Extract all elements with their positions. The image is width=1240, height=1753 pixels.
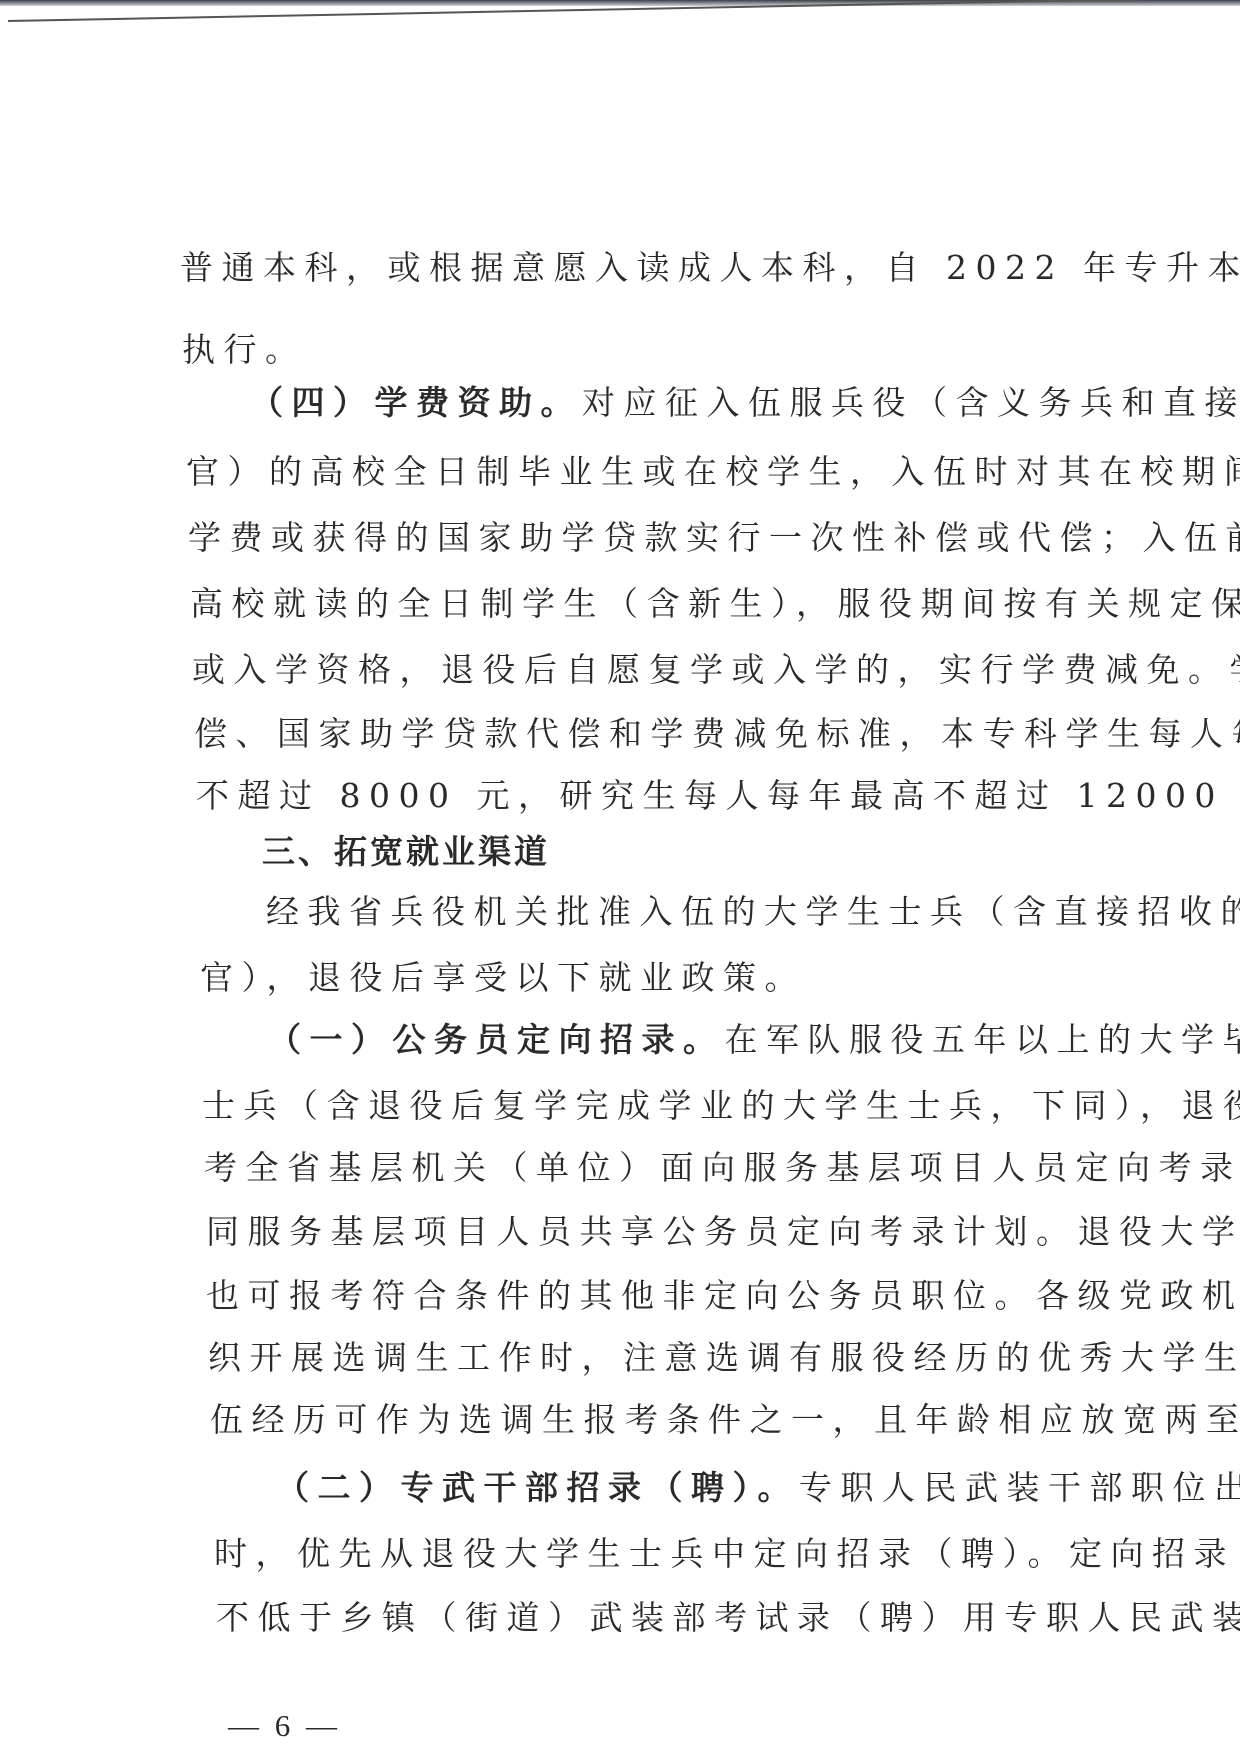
text-line-7: 或入学资格，退役后自愿复学或入学的，实行学费减免。学费补 <box>192 650 1240 690</box>
text-line-22: 不低于乡镇（街道）武装部考试录（聘）用专职人民武装干部计划 <box>216 1598 1240 1638</box>
subsection-title-tuition-aid: （四）学费资助。 <box>250 383 582 422</box>
text-line-17: 也可报考符合条件的其他非定向公务员职位。各级党政机关在组 <box>206 1276 1240 1316</box>
subsection-title-civil-servant: （一）公务员定向招录。 <box>268 1020 725 1059</box>
text-span: 对应征入伍服兵役（含义务兵和直接招收士 <box>582 383 1240 422</box>
text-line-4: 官）的高校全日制毕业生或在校学生，入伍时对其在校期间缴纳的 <box>186 452 1240 492</box>
text-line-14: 士兵（含退役后复学完成学业的大学生士兵，下同），退役后可报 <box>202 1086 1240 1126</box>
text-line-12: 官），退役后享受以下就业政策。 <box>200 958 806 998</box>
text-line-2: 执行。 <box>182 330 307 370</box>
text-line-16: 同服务基层项目人员共享公务员定向考录计划。退役大学生士兵 <box>206 1212 1240 1252</box>
text-line-21: 时，优先从退役大学生士兵中定向招录（聘）。定向招录（聘）比例 <box>214 1534 1240 1574</box>
paragraph-civil-servant: （一）公务员定向招录。在军队服役五年以上的大学毕业生 <box>268 1020 1240 1060</box>
page-number: — 6 — <box>228 1708 341 1744</box>
text-span: 专职人民武装干部职位出现空缺 <box>799 1468 1240 1507</box>
text-line-8: 偿、国家助学贷款代偿和学费减免标准，本专科学生每人每年最高 <box>194 714 1240 754</box>
text-line-11: 经我省兵役机关批准入伍的大学生士兵（含直接招收的士 <box>266 892 1240 932</box>
text-line-5: 学费或获得的国家助学贷款实行一次性补偿或代偿；入伍前正在 <box>188 518 1240 558</box>
subsection-title-armed-cadre: （二）专武干部招录（聘）。 <box>276 1468 799 1507</box>
text-line-1: 普通本科，或根据意愿入读成人本科，自 2022 年专升本招生起 <box>180 248 1240 288</box>
paragraph-tuition-aid: （四）学费资助。对应征入伍服兵役（含义务兵和直接招收士 <box>250 383 1240 423</box>
section-heading-expand-employment: 三、拓宽就业渠道 <box>262 832 550 872</box>
text-line-19: 伍经历可作为选调生报考条件之一，且年龄相应放宽两至三岁。 <box>210 1400 1240 1440</box>
scanned-document-page: 普通本科，或根据意愿入读成人本科，自 2022 年专升本招生起 执行。 （四）学… <box>0 0 1240 1753</box>
text-line-6: 高校就读的全日制学生（含新生），服役期间按有关规定保留学籍 <box>190 584 1240 624</box>
text-line-15: 考全省基层机关（单位）面向服务基层项目人员定向考录的职位， <box>204 1148 1240 1188</box>
text-line-18: 织开展选调生工作时，注意选调有服役经历的优秀大学生，参军入 <box>208 1338 1240 1378</box>
text-line-9: 不超过 8000 元，研究生每人每年最高不超过 12000 元。 <box>196 776 1240 816</box>
text-span: 在军队服役五年以上的大学毕业生 <box>725 1020 1240 1059</box>
paragraph-armed-cadre: （二）专武干部招录（聘）。专职人民武装干部职位出现空缺 <box>276 1468 1240 1508</box>
